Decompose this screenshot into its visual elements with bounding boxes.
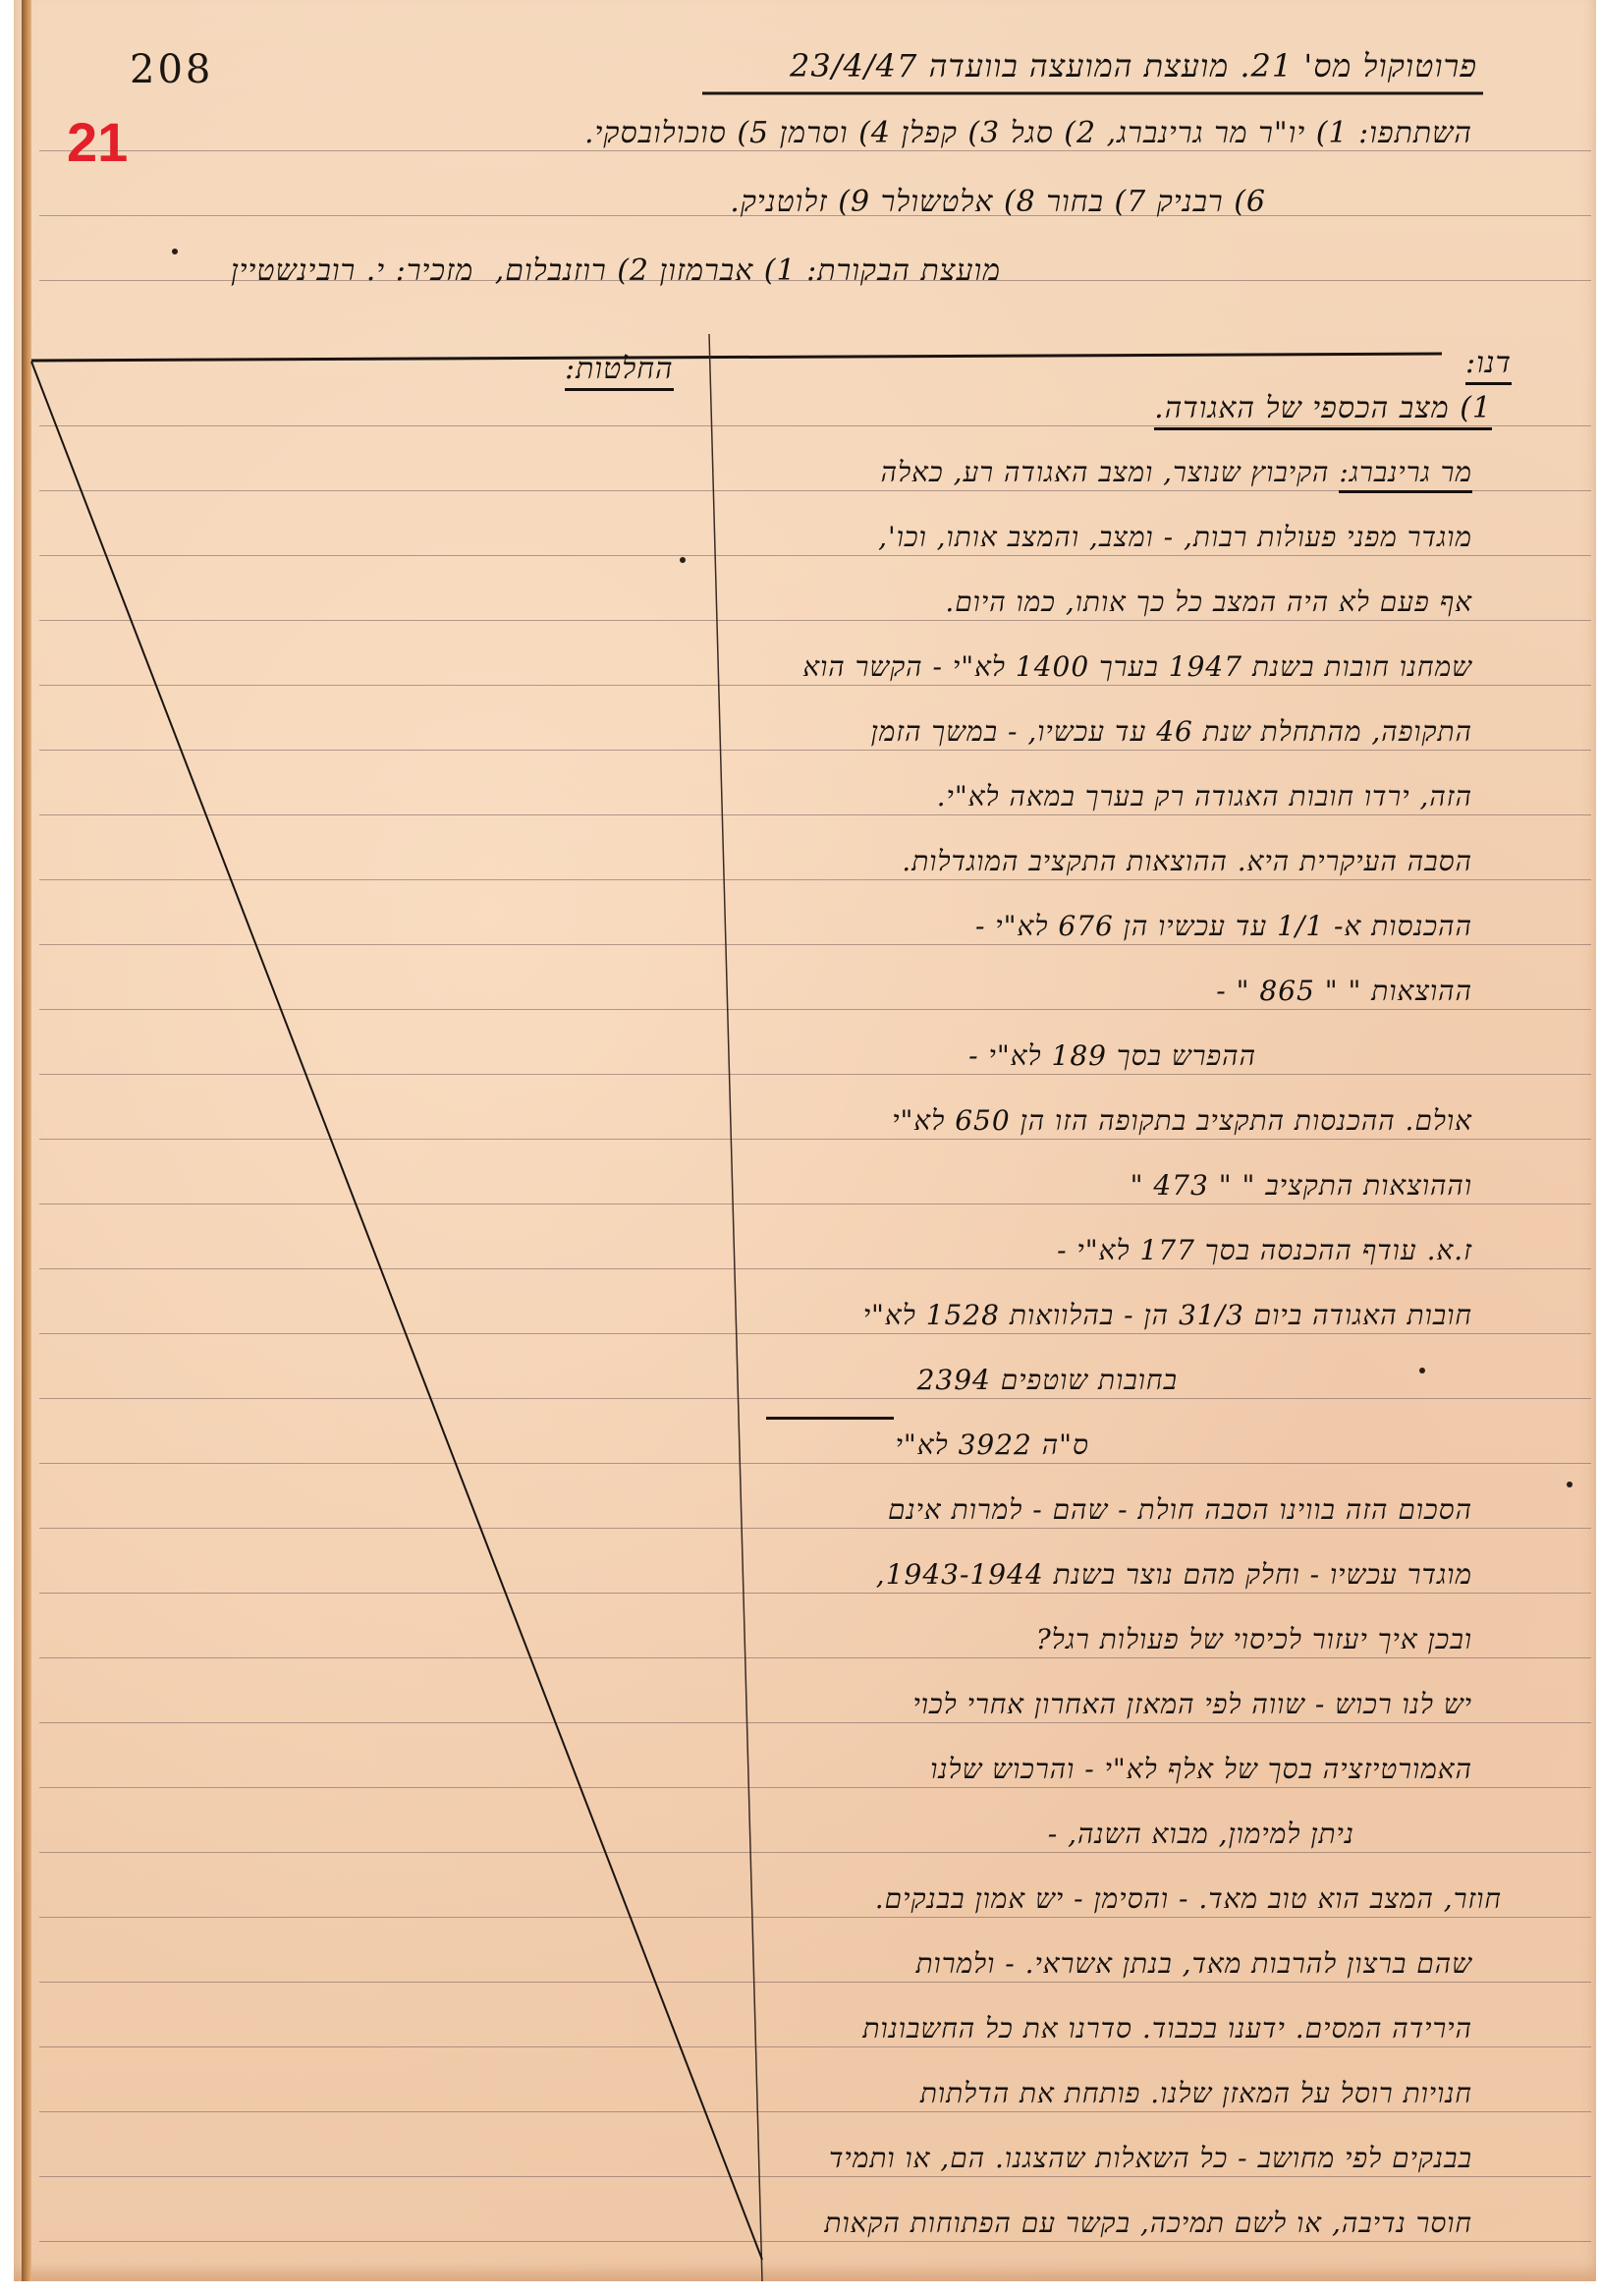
discussion-line: הירידה המסים. ידענו בכבוד. סדרנו את כל ה… bbox=[862, 2012, 1472, 2045]
discussion-line: בבנקים לפי מחושב - כל השאלות שהצגנו. הם,… bbox=[829, 2142, 1472, 2175]
ink-speck bbox=[1419, 1368, 1425, 1373]
column-divider bbox=[709, 334, 762, 2281]
discussion-line: האמורטיזציה בסך של אלף לא"י - והרכוש שלנ… bbox=[930, 1753, 1472, 1786]
discussion-line: שמחנו חובות בשנת 1947 בערך 1400 לא"י - ה… bbox=[802, 650, 1472, 684]
discussion-line: מוגדר מפני פעולות רבות, - ומצב, והמצב או… bbox=[878, 521, 1472, 554]
discussion-line: אף פעם לא היה המצב כל כך אותו, כמו היום. bbox=[945, 586, 1472, 619]
discussion-line: חובות האגודה ביום 31/3 הן - בהלוואות 152… bbox=[863, 1299, 1472, 1332]
audit-committee-line: מועצת הבקורת: 1) אברמזון 2) רוזנבלום, bbox=[495, 253, 1001, 288]
discussion-line: הסכום הזה בווינו הסבה חולת - שהם - למרות… bbox=[888, 1493, 1472, 1527]
discussion-line: ובכן איך יעזור לכיסוי של פעולות רגל? bbox=[1036, 1623, 1472, 1656]
red-page-label: 21 bbox=[67, 110, 128, 174]
discussion-line: חנויות רוסל על המאזן שלנו. פותחת את הדלת… bbox=[920, 2077, 1472, 2110]
discussion-line: יש לנו רכוש - שווה לפי המאזן האחרון אחרי… bbox=[912, 1688, 1472, 1721]
ink-speck bbox=[172, 249, 178, 254]
discussion-line: בחובות שוטפים 2394 bbox=[917, 1364, 1178, 1397]
discussion-line: הזה, ירדו חובות האגודה רק בערך במאה לא"י… bbox=[937, 780, 1472, 813]
discussion-header: דנו: bbox=[1465, 346, 1512, 380]
sum-underline bbox=[766, 1417, 894, 1420]
discussion-line: התקופה, מהתחלת שנת 46 עד עכשיו, - במשך ה… bbox=[871, 715, 1472, 749]
discussion-topic: 1) מצב הכספי של האגודה. bbox=[1154, 391, 1492, 425]
stamped-page-number: 208 bbox=[130, 47, 213, 92]
discussion-line: ס"ה 3922 לא"י bbox=[896, 1428, 1089, 1462]
discussion-line: חוסר נדיבה, או לשם תמיכה, בקשר עם הפתוחו… bbox=[824, 2207, 1472, 2240]
attendees-line-2: 6) רבניק 7) בחור 8) אלטשולר 9) זלוטניק. bbox=[730, 185, 1266, 219]
discussion-line: אולם. ההכנסות התקציב בתקופה הזו הן 650 ל… bbox=[892, 1104, 1472, 1138]
ink-speck bbox=[1567, 1482, 1572, 1487]
decisions-header: החלטות: bbox=[565, 352, 674, 386]
discussion-line: הסבה העיקרית היא. ההוצאות התקציב המוגדלו… bbox=[902, 845, 1472, 878]
discussion-line: וההוצאות התקציב " " 473 " bbox=[1131, 1169, 1472, 1203]
discussion-line: ההכנסות א- 1/1 עד עכשיו הן 676 לא"י - bbox=[975, 910, 1472, 943]
discussion-line: שהם ברצון להרבות מאד, בנתן אשראי. - ולמר… bbox=[915, 1947, 1472, 1981]
table-top-rule bbox=[31, 354, 1442, 361]
discussion-line: ניתן למימון, מבוא השנה, - bbox=[1048, 1818, 1354, 1851]
secretary-line: מזכיר: י. רובינשטיין bbox=[231, 253, 473, 288]
decisions-strike-diagonal bbox=[31, 362, 762, 2260]
discussion-line: חוזר, המצב הוא טוב מאד. - והסימן - יש אמ… bbox=[875, 1882, 1502, 1916]
discussion-line: מר גרינברג: הקיבוץ שנוצר, ומצב האגודה רע… bbox=[881, 456, 1472, 489]
discussion-line: מוגדר עכשיו - וחלק מהם נוצר בשנת 1943-19… bbox=[876, 1558, 1472, 1592]
protocol-title: פרוטוקול מס' 21. מועצת המועצה בוועדה 23/… bbox=[790, 47, 1477, 84]
attendees-line-1: השתתפו: 1) יו"ר מר גרינברג, 2) סגל 3) קפ… bbox=[584, 116, 1472, 150]
discussion-line: ההפרש בסך 189 לא"י - bbox=[968, 1039, 1256, 1073]
discussion-line: ז.א. עודף ההכנסה בסך 177 לא"י - bbox=[1057, 1234, 1472, 1267]
ink-speck bbox=[680, 557, 686, 563]
discussion-line: ההוצאות " " 865 " - bbox=[1216, 975, 1472, 1008]
